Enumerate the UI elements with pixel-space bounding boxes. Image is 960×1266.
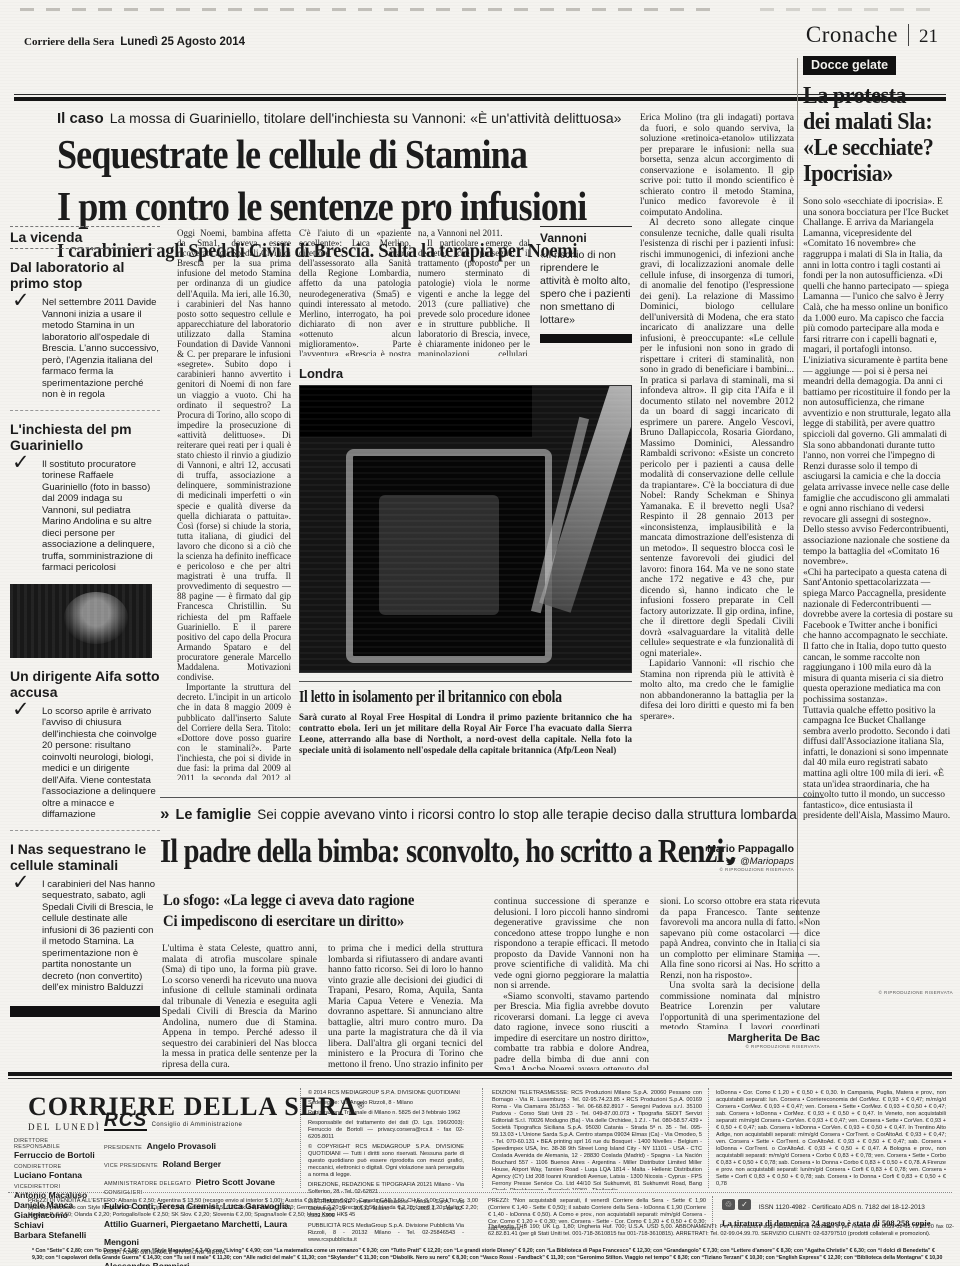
footer-prices-foreign: PREZZI DI VENDITA ALL'ESTERO: Albania € … <box>28 1198 478 1232</box>
paragraph: Sede legale: Via Angelo Rizzoli, 8 - Mil… <box>308 1100 464 1107</box>
footer-rule-thick <box>8 1072 952 1076</box>
page-header-left: Corriere della SeraLunedì 25 Agosto 2014 <box>24 32 245 50</box>
guariniello-photo <box>10 584 152 658</box>
photo-headline: Il letto in isolamento per il britannico… <box>299 687 562 707</box>
footer-abbonamenti: Thailandia THB 190; UK Lg. 1,80; Ungheri… <box>488 1224 954 1246</box>
sidebar-item: ✓ Il sostituto procuratore torinese Raff… <box>10 459 160 574</box>
sidebar-item: ✓ Lo scorso aprile è arrivato l'avviso d… <box>10 706 160 821</box>
paragraph: Lapidario Vannoni: «Il rischio che Stami… <box>640 659 794 722</box>
scan-artifact <box>20 8 720 11</box>
footer-divider <box>708 1088 709 1188</box>
subhead-line: Ci impediscono di esercitare un diritto» <box>163 911 404 932</box>
sidebar-item-text: Nel settembre 2011 Davide Vannoni inizia… <box>42 297 159 400</box>
board-name: Pietro Scott Jovane <box>196 1177 275 1187</box>
footer-board: RCS Consiglio di Amministrazione Preside… <box>104 1112 294 1266</box>
sidebar-item-title: L'inchiesta del pm Guariniello <box>10 421 160 453</box>
double-chevron-icon: » <box>160 804 169 823</box>
paragraph: Al decreto sono allegate cinque consulen… <box>640 218 794 659</box>
second-article-subhead: Lo sfogo: «La legge ci aveva dato ragion… <box>163 890 493 932</box>
second-article-signature: Margherita De Bac © RIPRODUZIONE RISERVA… <box>660 1032 820 1049</box>
paragraph: © COPYRIGHT RCS MEDIAGROUP S.P.A. DIVISI… <box>308 1144 464 1179</box>
copyright-notice: © RIPRODUZIONE RISERVATA <box>803 990 953 995</box>
second-article-column-2: to prima che i medici della struttura lo… <box>328 944 483 1070</box>
newspaper-page: Corriere della SeraLunedì 25 Agosto 2014… <box>0 0 960 1266</box>
article-column-2: C'è l'aiuto di un «paziente eccellente»:… <box>299 228 411 356</box>
check-icon: ✓ <box>12 295 30 307</box>
headline-line1: Sequestrate le cellule di Stamina <box>57 128 527 180</box>
footer-row-divider <box>8 1192 952 1193</box>
sidebar-item-text: Lo scorso aprile è arrivato l'avviso di … <box>42 706 157 821</box>
strip-text: Sei coppie avevano vinto i ricorsi contr… <box>257 807 797 822</box>
opinion-headline-line: dei malati Sla: <box>803 109 932 135</box>
paragraph: «Chi ha partecipato a questa catena di S… <box>803 568 953 706</box>
subhead-line: Lo sfogo: «La legge ci aveva dato ragion… <box>163 890 414 911</box>
photo-light-streak <box>539 385 632 614</box>
footer-prices-local: loDonna • Cor. Como € 1,20 + € 0,50 + € … <box>716 1090 946 1190</box>
paragraph: DIREZIONE, REDAZIONE E TIPOGRAFIA 20121 … <box>308 1182 464 1196</box>
second-article-column-1: L'ultima è stata Celeste, quattro anni, … <box>162 944 317 1070</box>
opinion-headline-line: Ipocrisia» <box>803 161 893 187</box>
footnote-text: * Con “Sette” € 2,80; con “Io Donna” € 2… <box>32 1248 942 1261</box>
rcs-logo: RCS <box>104 1112 147 1131</box>
pull-quote-bar <box>540 334 632 343</box>
byline-author: Margherita De Bac <box>660 1032 820 1044</box>
check-icon: ✓ <box>12 877 30 889</box>
sidebar-item-text: I carabinieri del Nas hanno sequestrato,… <box>42 879 155 994</box>
board-title: Consiglio di Amministrazione <box>152 1122 243 1128</box>
ebola-isolation-photo <box>299 385 632 673</box>
paragraph: to prima che i medici della struttura lo… <box>328 944 483 1070</box>
board-label: Consiglieri <box>104 1190 294 1196</box>
timeline-sidebar: La vicenda Dal laboratorio al primo stop… <box>10 226 160 1017</box>
footer-divider <box>300 1088 301 1188</box>
paragraph: C'è l'aiuto di un «paziente eccellente»:… <box>299 228 411 356</box>
paragraph: Registrazione Tribunale di Milano n. 582… <box>308 1110 464 1117</box>
sidebar-end-bar <box>10 1006 160 1017</box>
pull-quote: Vannoni «Il rischio di non riprendere le… <box>540 226 632 343</box>
photo-isolation-tent <box>346 449 552 663</box>
opinion-tag: Docce gelate <box>803 56 896 75</box>
opinion-headline-line: La protesta <box>803 83 906 109</box>
opinion-headline-line: «Le secchiate? <box>803 135 933 161</box>
paragraph: continua successione di speranze e delus… <box>494 897 649 992</box>
second-article-headline-text: Il padre della bimba: sconvolto, ho scri… <box>160 833 724 871</box>
sidebar-item: ✓ Nel settembre 2011 Davide Vannoni iniz… <box>10 297 160 401</box>
sidebar-divider <box>10 410 160 411</box>
paragraph: © 2014 RCS MEDIAGROUP S.P.A. DIVISIONE Q… <box>308 1090 464 1097</box>
newspaper-brand: Corriere della Sera <box>24 36 114 48</box>
families-strip: »Le famiglieSei coppie avevano vinto i r… <box>160 797 824 824</box>
paragraph: Oggi Noemi, bambina affetta da Sma1, dov… <box>177 228 291 682</box>
footer-divider <box>482 1088 483 1188</box>
photo-bed-area <box>379 495 498 615</box>
photo-caption: Sarà curato al Royal Free Hospital di Lo… <box>299 712 632 756</box>
sidebar-item-title: Un dirigente Aifa sotto accusa <box>10 668 160 700</box>
abbonamenti-text: Thailandia THB 190; UK Lg. 1,80; Ungheri… <box>488 1224 954 1238</box>
board-label: Presidente <box>104 1145 142 1151</box>
staff-label: Direttore responsabile <box>14 1138 96 1150</box>
scan-artifact <box>760 8 940 11</box>
photo-shadow-area <box>300 386 532 437</box>
prices-local-text: loDonna • Cor. Como € 1,20 + € 0,50 + € … <box>716 1090 946 1188</box>
caption-block: Il letto in isolamento per il britannico… <box>299 681 632 756</box>
second-article-column-3: continua successione di speranze e delus… <box>494 897 649 1070</box>
paragraph: sioni. Lo scorso ottobre era stata ricev… <box>660 897 820 981</box>
board-label: Vice Presidente <box>104 1163 158 1169</box>
paragraph: Una svolta sarà la decisione della commi… <box>660 981 820 1029</box>
photo-light-streak <box>531 416 589 613</box>
photo-feature: Londra Il letto in isolamento per il bri… <box>299 366 632 756</box>
footer-footnote: * Con “Sette” € 2,80; con “Io Donna” € 2… <box>32 1248 944 1264</box>
pull-quote-text: «Il rischio di non riprendere le attivit… <box>540 249 632 327</box>
paragraph: Erica Molino (tra gli indagati) portava … <box>640 113 794 218</box>
sidebar-item: ✓ I carabinieri del Nas hanno sequestrat… <box>10 879 160 994</box>
sidebar-divider <box>10 830 160 831</box>
prices-foreign-text: PREZZI DI VENDITA ALL'ESTERO: Albania € … <box>28 1198 478 1219</box>
sidebar-title: La vicenda <box>10 226 160 249</box>
sidebar-item-title: Dal laboratorio al primo stop <box>10 259 160 291</box>
colophon: CORRIERE DELLA SERA® DEL LUNEDÌ Direttor… <box>0 1082 960 1266</box>
article-column-3: na, a Vannoni nel 2011.Il particolare em… <box>418 228 530 356</box>
edizioni-text: EDIZIONI TELETRASMESSE: RCS Produzioni M… <box>492 1090 702 1190</box>
headline-line2: I pm contro le sentenze pro infusioni <box>57 180 586 232</box>
kicker-text: La mossa di Guariniello, titolare dell'i… <box>110 110 622 126</box>
issn-line: ISSN 1120-4982 · Certificato ADS n. 7182… <box>758 1204 924 1211</box>
staff-name: Luciano Fontana <box>14 1170 96 1180</box>
paragraph: L'ultima è stata Celeste, quattro anni, … <box>162 944 317 1070</box>
kicker-label: Il caso <box>57 110 104 127</box>
copyright-notice: © RIPRODUZIONE RISERVATA <box>660 1044 820 1049</box>
check-icon: ✓ <box>12 457 30 469</box>
header-divider <box>908 24 909 46</box>
board-label: Amministratore Delegato <box>104 1181 191 1187</box>
pull-quote-speaker: Vannoni <box>540 231 632 245</box>
ads-logo-icon: ✓ <box>738 1199 751 1210</box>
paragraph: na, a Vannoni nel 2011. <box>418 228 530 238</box>
article-column-1: Oggi Noemi, bambina affetta da Sma1, dov… <box>177 228 291 780</box>
photo-location-label: Londra <box>299 366 632 381</box>
sidebar-item-title: I Nas sequestrano le cellule staminali <box>10 841 160 873</box>
article-column-4: Erica Molino (tra gli indagati) portava … <box>640 113 794 839</box>
board-name: Angelo Provasoli <box>147 1141 216 1151</box>
paragraph: Tuttavia qualche effetto positivo la cam… <box>803 706 953 823</box>
second-article-column-4: sioni. Lo scorso ottobre era stata ricev… <box>660 897 820 1029</box>
sidebar-item-text: Il sostituto procuratore torinese Raffae… <box>42 459 155 574</box>
paragraph: Il particolare emerge dal decreto, che p… <box>418 238 530 356</box>
footer-rule-thin <box>8 1078 952 1079</box>
second-article-headline: Il padre della bimba: sconvolto, ho scri… <box>160 833 831 871</box>
paragraph: «Siamo sconvolti, stavamo partendo per B… <box>494 992 649 1071</box>
opinion-headline: La protesta dei malati Sla: «Le secchiat… <box>803 83 953 187</box>
footer-edizioni: EDIZIONI TELETRASMESSE: RCS Produzioni M… <box>492 1090 702 1190</box>
page-number: 21 <box>919 26 938 47</box>
staff-name: Ferruccio de Bortoli <box>14 1150 96 1160</box>
section-title: Cronache <box>806 22 898 47</box>
paragraph: Responsabile del trattamento dei dati (D… <box>308 1120 464 1141</box>
issue-date: Lunedì 25 Agosto 2014 <box>120 36 245 48</box>
check-icon: ✓ <box>12 704 30 716</box>
paragraph: Importante la struttura del decreto. L'i… <box>177 682 291 780</box>
fieg-logo-icon: ♲ <box>722 1199 735 1210</box>
page-header-right: Cronache21 <box>806 22 938 48</box>
strip-label: Le famiglie <box>175 807 251 823</box>
board-name: Roland Berger <box>162 1159 221 1169</box>
paragraph: Sono solo «secchiate di ipocrisia». È un… <box>803 197 953 568</box>
